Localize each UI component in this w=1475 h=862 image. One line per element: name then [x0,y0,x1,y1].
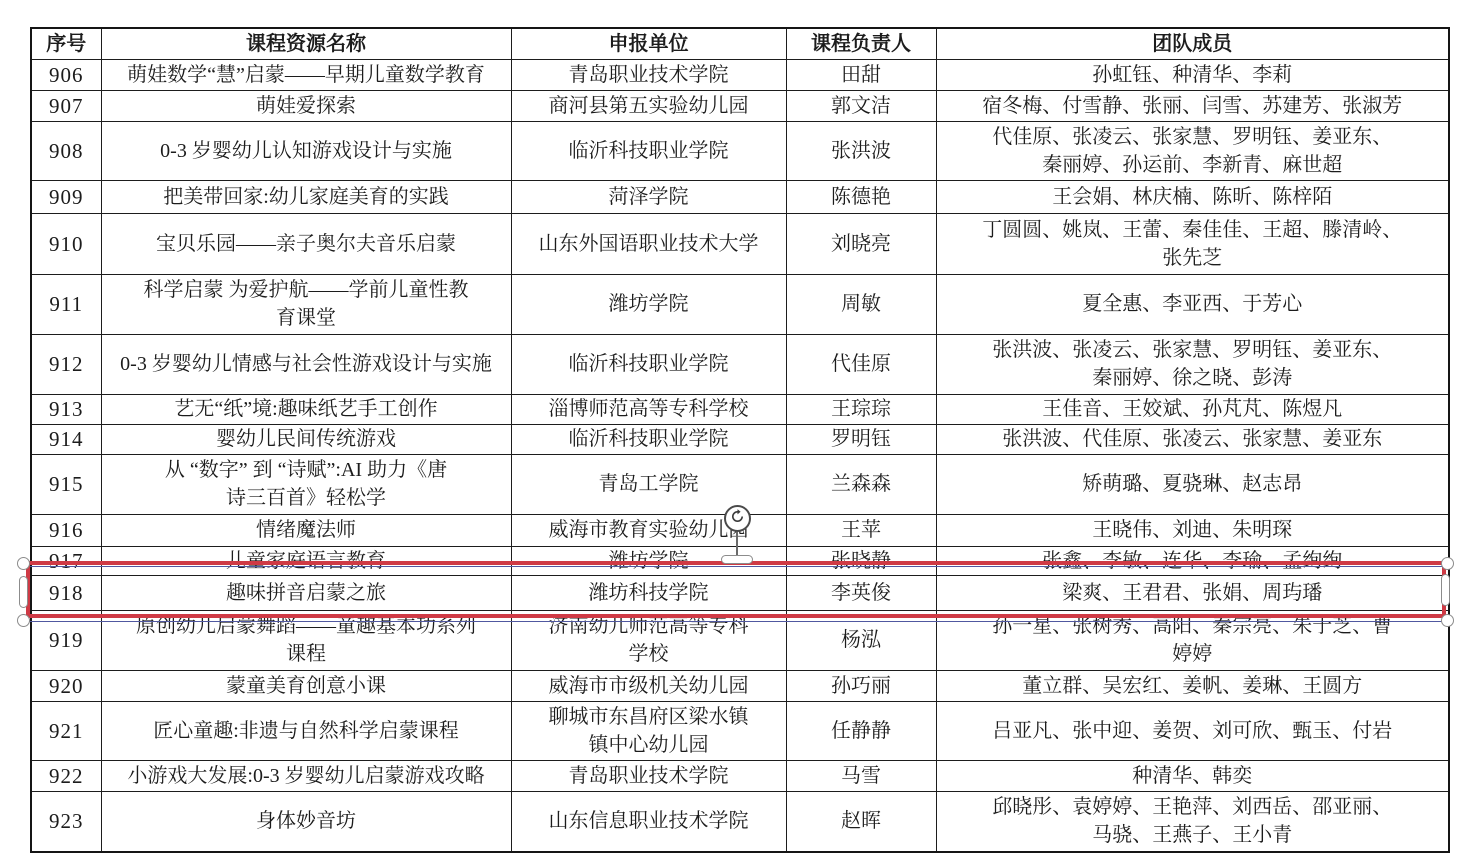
id-cell: 909 [31,180,101,213]
name-cell: 从 “数字” 到 “诗赋”:AI 助力《唐 诗三百首》轻松学 [101,454,511,514]
unit-cell: 青岛工学院 [511,454,786,514]
table-row: 907萌娃爱探索商河县第五实验幼儿园郭文洁宿冬梅、付雪静、张丽、闫雪、苏建芳、张… [31,90,1449,121]
leader-cell: 兰森森 [786,454,936,514]
unit-cell: 潍坊学院 [511,274,786,334]
annotation-handle-bottom-left[interactable] [17,614,30,627]
annotation-handle-middle-right[interactable] [1441,574,1450,606]
leader-cell: 王琮琮 [786,394,936,424]
leader-cell: 田甜 [786,59,936,90]
table-row: 922小游戏大发展:0-3 岁婴幼儿启蒙游戏攻略青岛职业技术学院马雪种清华、韩奕 [31,760,1449,791]
name-cell: 婴幼儿民间传统游戏 [101,424,511,454]
table-row: 920蒙童美育创意小课威海市市级机关幼儿园孙巧丽董立群、吴宏红、姜帆、姜琳、王圆… [31,670,1449,701]
team-cell: 种清华、韩奕 [936,760,1449,791]
annotation-handle-top-right[interactable] [1441,557,1454,570]
table-row: 9120-3 岁婴幼儿情感与社会性游戏设计与实施临沂科技职业学院代佳原张洪波、张… [31,334,1449,394]
table-row: 911科学启蒙 为爱护航——学前儿童性教 育课堂潍坊学院周敏夏全惠、李亚西、于芳… [31,274,1449,334]
leader-cell: 张洪波 [786,121,936,180]
name-cell: 把美带回家:幼儿家庭美育的实践 [101,180,511,213]
team-cell: 宿冬梅、付雪静、张丽、闫雪、苏建芳、张淑芳 [936,90,1449,121]
team-cell: 董立群、吴宏红、姜帆、姜琳、王圆方 [936,670,1449,701]
course-table-container: 序号课程资源名称申报单位课程负责人团队成员 906萌娃数学“慧”启蒙——早期儿童… [30,27,1450,853]
id-cell: 912 [31,334,101,394]
column-header-team: 团队成员 [936,28,1449,59]
table-row: 913艺无“纸”境:趣味纸艺手工创作淄博师范高等专科学校王琮琮王佳音、王姣斌、孙… [31,394,1449,424]
name-cell: 艺无“纸”境:趣味纸艺手工创作 [101,394,511,424]
id-cell: 913 [31,394,101,424]
table-row: 906萌娃数学“慧”启蒙——早期儿童数学教育青岛职业技术学院田甜孙虹钰、种清华、… [31,59,1449,90]
leader-cell: 周敏 [786,274,936,334]
id-cell: 908 [31,121,101,180]
id-cell: 907 [31,90,101,121]
name-cell: 小游戏大发展:0-3 岁婴幼儿启蒙游戏攻略 [101,760,511,791]
table-row: 914婴幼儿民间传统游戏临沂科技职业学院罗明钰张洪波、代佳原、张凌云、张家慧、姜… [31,424,1449,454]
column-header-id: 序号 [31,28,101,59]
annotation-handle-middle-left[interactable] [19,576,28,608]
unit-cell: 青岛职业技术学院 [511,760,786,791]
team-cell: 夏全惠、李亚西、于芳心 [936,274,1449,334]
team-cell: 张洪波、张凌云、张家慧、罗明钰、姜亚东、 秦丽婷、徐之晓、彭涛 [936,334,1449,394]
leader-cell: 孙巧丽 [786,670,936,701]
annotation-handle-top-middle[interactable] [721,555,753,564]
leader-cell: 任静静 [786,701,936,760]
id-cell: 922 [31,760,101,791]
rotate-handle-stem [736,532,738,556]
annotation-handle-bottom-right[interactable] [1441,614,1454,627]
leader-cell: 陈德艳 [786,180,936,213]
unit-cell: 山东信息职业技术学院 [511,791,786,852]
id-cell: 920 [31,670,101,701]
leader-cell: 马雪 [786,760,936,791]
id-cell: 916 [31,514,101,546]
annotation-handle-top-left[interactable] [17,557,30,570]
name-cell: 宝贝乐园——亲子奥尔夫音乐启蒙 [101,213,511,274]
unit-cell: 临沂科技职业学院 [511,334,786,394]
unit-cell: 菏泽学院 [511,180,786,213]
id-cell: 923 [31,791,101,852]
rotate-arrow-icon [729,508,746,530]
team-cell: 代佳原、张凌云、张家慧、罗明钰、姜亚东、 秦丽婷、孙运前、李新青、麻世超 [936,121,1449,180]
unit-cell: 聊城市东昌府区梁水镇 镇中心幼儿园 [511,701,786,760]
table-row: 921匠心童趣:非遗与自然科学启蒙课程聊城市东昌府区梁水镇 镇中心幼儿园任静静吕… [31,701,1449,760]
leader-cell: 代佳原 [786,334,936,394]
unit-cell: 临沂科技职业学院 [511,121,786,180]
id-cell: 921 [31,701,101,760]
table-row: 910宝贝乐园——亲子奥尔夫音乐启蒙山东外国语职业技术大学刘晓亮丁圆圆、姚岚、王… [31,213,1449,274]
table-row: 9080-3 岁婴幼儿认知游戏设计与实施临沂科技职业学院张洪波代佳原、张凌云、张… [31,121,1449,180]
unit-cell: 淄博师范高等专科学校 [511,394,786,424]
name-cell: 萌娃爱探索 [101,90,511,121]
column-header-name: 课程资源名称 [101,28,511,59]
id-cell: 911 [31,274,101,334]
id-cell: 906 [31,59,101,90]
team-cell: 吕亚凡、张中迎、姜贺、刘可欣、甄玉、付岩 [936,701,1449,760]
leader-cell: 赵晖 [786,791,936,852]
team-cell: 丁圆圆、姚岚、王蕾、秦佳佳、王超、滕清岭、 张先芝 [936,213,1449,274]
name-cell: 萌娃数学“慧”启蒙——早期儿童数学教育 [101,59,511,90]
team-cell: 矫萌璐、夏骁琳、赵志昂 [936,454,1449,514]
leader-cell: 郭文洁 [786,90,936,121]
team-cell: 王佳音、王姣斌、孙芃芃、陈煜凡 [936,394,1449,424]
name-cell: 0-3 岁婴幼儿认知游戏设计与实施 [101,121,511,180]
annotation-rotate-handle[interactable] [724,505,751,532]
name-cell: 匠心童趣:非遗与自然科学启蒙课程 [101,701,511,760]
team-cell: 孙虹钰、种清华、李莉 [936,59,1449,90]
leader-cell: 罗明钰 [786,424,936,454]
table-header-row: 序号课程资源名称申报单位课程负责人团队成员 [31,28,1449,59]
name-cell: 科学启蒙 为爱护航——学前儿童性教 育课堂 [101,274,511,334]
team-cell: 王会娟、林庆楠、陈昕、陈梓陌 [936,180,1449,213]
unit-cell: 商河县第五实验幼儿园 [511,90,786,121]
name-cell: 0-3 岁婴幼儿情感与社会性游戏设计与实施 [101,334,511,394]
team-cell: 张洪波、代佳原、张凌云、张家慧、姜亚东 [936,424,1449,454]
course-table: 序号课程资源名称申报单位课程负责人团队成员 906萌娃数学“慧”启蒙——早期儿童… [30,27,1450,853]
name-cell: 蒙童美育创意小课 [101,670,511,701]
unit-cell: 青岛职业技术学院 [511,59,786,90]
name-cell: 身体妙音坊 [101,791,511,852]
id-cell: 915 [31,454,101,514]
leader-cell: 刘晓亮 [786,213,936,274]
team-cell: 王晓伟、刘迪、朱明琛 [936,514,1449,546]
unit-cell: 威海市市级机关幼儿园 [511,670,786,701]
table-row: 909把美带回家:幼儿家庭美育的实践菏泽学院陈德艳王会娟、林庆楠、陈昕、陈梓陌 [31,180,1449,213]
unit-cell: 山东外国语职业技术大学 [511,213,786,274]
leader-cell: 王苹 [786,514,936,546]
table-row: 923身体妙音坊山东信息职业技术学院赵晖邱晓彤、袁婷婷、王艳萍、刘西岳、邵亚丽、… [31,791,1449,852]
column-header-unit: 申报单位 [511,28,786,59]
unit-cell: 临沂科技职业学院 [511,424,786,454]
id-cell: 910 [31,213,101,274]
team-cell: 邱晓彤、袁婷婷、王艳萍、刘西岳、邵亚丽、 马骁、王燕子、王小青 [936,791,1449,852]
highlight-rectangle[interactable] [26,561,1446,618]
id-cell: 914 [31,424,101,454]
name-cell: 情绪魔法师 [101,514,511,546]
column-header-leader: 课程负责人 [786,28,936,59]
